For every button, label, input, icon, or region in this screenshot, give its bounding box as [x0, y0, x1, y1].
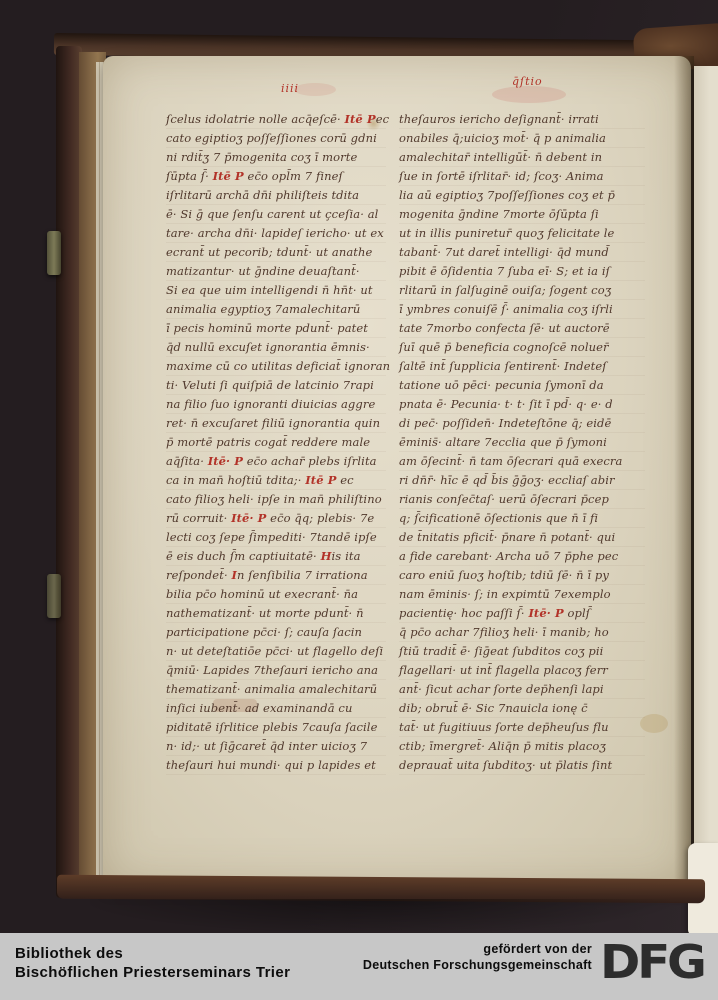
- manuscript-line: participatione pc̄ci· ſ; cauſa ſacin: [166, 623, 386, 642]
- manuscript-line: pacientię· hoc paſſi ſ̄· Itē· P oplſ̄: [399, 604, 645, 623]
- manuscript-line: ecrant̄ ut pecorib; tdunt̄· ut anathe: [166, 243, 386, 262]
- manuscript-line: rlitarū in ſalſuginē ouiſa; ſogent coʒ: [399, 281, 645, 300]
- manuscript-line: ni rdit̄ʒ 7 p̄mogenita coʒ ī morte: [166, 148, 386, 167]
- manuscript-line: tat̄· ut fugitiuus ſorte dep̄heuſus flu: [399, 718, 645, 737]
- manuscript-line: tabant̄· 7ut daret̄ intelligi· q̄d mund̄: [399, 243, 645, 262]
- manuscript-line: ctib; īmergret̄· Aliq̄n p̄ mitis placoʒ: [399, 737, 645, 756]
- manuscript-line: nam ēminis· ſ; in expimtū 7exemplo: [399, 585, 645, 604]
- page-gutter-shadow: [674, 56, 694, 888]
- manuscript-line: lia aū egiptioʒ 7poſſeſſiones coʒ et p̄: [399, 186, 645, 205]
- book-clasp-top: [47, 231, 61, 275]
- book-shadow: [90, 899, 670, 933]
- library-credit: Bibliothek des Bischöflichen Priestersem…: [15, 944, 290, 982]
- manuscript-line: reſpondet̄· In ſenſibilia 7 irrationa: [166, 566, 386, 585]
- manuscript-line: ſtiū tradit̄ ē· ſiḡeat ſubditos coʒ pii: [399, 642, 645, 661]
- manuscript-line: n· id;· ut ſiḡcaret̄ q̄d inter uicioʒ 7: [166, 737, 386, 756]
- manuscript-line: deprauat̄ uita ſubditoʒ· ut p̄latis ſint: [399, 756, 645, 775]
- manuscript-line: di pec̄· poſſiden̄· Indeteſtōne q̄; eidē: [399, 414, 645, 433]
- manuscript-line: bilia pc̄o hominū ut execrant̄· n̄a: [166, 585, 386, 604]
- manuscript-line: ē· Si ḡ que ſenſu carent ut çceſia· al: [166, 205, 386, 224]
- rubric-initial: Itē· P: [528, 606, 563, 620]
- manuscript-line: rū corruit· Itē· P ec̄o q̄q; plebis· 7e: [166, 509, 386, 528]
- manuscript-line: mogenita ḡndine 7morte ōſūpta ſi: [399, 205, 645, 224]
- manuscript-line: piditatē iſrlitice plebis 7cauſa ſacile: [166, 718, 386, 737]
- book-clasp-bottom: [47, 574, 61, 618]
- library-credit-line1: Bibliothek des: [15, 944, 290, 963]
- manuscript-line: ant̄· ſicut achar ſorte dep̄henſi lapi: [399, 680, 645, 699]
- rubric-initial: Itē· P: [231, 511, 266, 525]
- manuscript-line: rianis conſec̄taſ· uerū ōſecrari p̄cep: [399, 490, 645, 509]
- funding-credit: gefördert von der Deutschen Forschungsge…: [363, 942, 592, 973]
- manuscript-line: amalechitar̄ intelligūt̄· n̄ debent in: [399, 148, 645, 167]
- rubric-initial: Itē P: [305, 473, 336, 487]
- ink-offset-stain: [492, 86, 566, 103]
- manuscript-line: ret· n̄ excuſaret filiū ignorantia quin: [166, 414, 386, 433]
- manuscript-line: maxime cū co utilitas deficiat̄ ignoran: [166, 357, 386, 376]
- manuscript-line: aq̄ſita· Itē· P ec̄o achar̄ plebs iſrlit…: [166, 452, 386, 471]
- manuscript-line: inſici iubent̄· ad examinandā cu: [166, 699, 386, 718]
- manuscript-line: theſauri hui mundi· qui p lapides et: [166, 756, 386, 775]
- manuscript-line: ca in man̄ hoſtiū tdita;· Itē P ec: [166, 471, 386, 490]
- rubric-initial: Itē P: [213, 169, 244, 183]
- manuscript-line: ſūpta ſ̄· Itē P ec̄o opl̄m 7 fineſ: [166, 167, 386, 186]
- manuscript-line: ſue in ſortē iſrlitar̄· id; ſcoʒ· Anima: [399, 167, 645, 186]
- manuscript-line: ri dn̄r̄· hīc ē qd̄ b̄is ḡḡoʒ· eccliaſ a…: [399, 471, 645, 490]
- folio-number: iiii: [281, 82, 299, 95]
- manuscript-line: ti· Veluti ſi quiſpiā de latcinio 7rapi: [166, 376, 386, 395]
- library-credit-line2: Bischöflichen Priesterseminars Trier: [15, 963, 290, 982]
- manuscript-line: lecti coʒ ſepe ſ̄impediti· 7tandē ipſe: [166, 528, 386, 547]
- manuscript-line: cato filioʒ heli· ipſe in man̄ philiſtin…: [166, 490, 386, 509]
- quire-heading: q̄ſtio: [512, 75, 543, 88]
- funding-credit-line1: gefördert von der: [363, 942, 592, 958]
- manuscript-line: animalia egyptioʒ 7amalechitarū: [166, 300, 386, 319]
- manuscript-line: nathematizant̄· ut morte pdunt̄· n̄: [166, 604, 386, 623]
- manuscript-line: ī pecis hominū morte pdunt̄· patet: [166, 319, 386, 338]
- manuscript-line: na filio ſuo ignoranti diuicias aggre: [166, 395, 386, 414]
- manuscript-line: pibit ē ōſidentia 7 ſuba eī· S; et ia iſ: [399, 262, 645, 281]
- manuscript-line: ſuī quē p̄ beneficia cognoſcē noluer̄: [399, 338, 645, 357]
- manuscript-line: ēminis̄· altare 7ecclia que p̄ ſymoni: [399, 433, 645, 452]
- manuscript-photo: iiii q̄ſtio ſcelus idolatrie nolle acq̄e…: [0, 0, 718, 1000]
- manuscript-line: matizantur· ut ḡndine deuaſtant̄·: [166, 262, 386, 281]
- rubric-initial: Itē· P: [208, 454, 243, 468]
- manuscript-line: n· ut deteſtatiōe pc̄ci· ut flagello deſ…: [166, 642, 386, 661]
- manuscript-line: tate 7morbo confecta ſē· ut auctorē: [399, 319, 645, 338]
- manuscript-line: q; ſ̄cificationē ōſectionis que n̄ ī fi: [399, 509, 645, 528]
- rubric-initial: I: [231, 568, 236, 582]
- manuscript-line: cato egiptioʒ poſſeſſiones corū gdni: [166, 129, 386, 148]
- manuscript-line: a fide carebant· Archa uō 7 p̄phe pec: [399, 547, 645, 566]
- text-column-left: ſcelus idolatrie nolle acq̄eſcē· Itē Pec…: [166, 110, 386, 775]
- manuscript-line: q̄miū· Lapides 7theſauri iericho ana: [166, 661, 386, 680]
- ink-offset-stain: [294, 83, 336, 96]
- rubric-initial: Itē P: [345, 112, 376, 126]
- manuscript-line: ī ymbres conuiſē ſ̄· animalia coʒ iſrli: [399, 300, 645, 319]
- next-page-edge: [694, 66, 718, 934]
- manuscript-line: ſaltē int̄ ſupplicia ſentirent̄· Indeteſ: [399, 357, 645, 376]
- manuscript-line: tare· archa dn̄i· lapideſ iericho· ut ex: [166, 224, 386, 243]
- dfg-logo: DFG: [600, 935, 704, 989]
- rubric-initial: H: [321, 549, 332, 563]
- text-column-right: theſauros iericho deſignant̄· irrationab…: [399, 110, 645, 775]
- manuscript-line: ut in illis puniretur̄ quoʒ felicitate l…: [399, 224, 645, 243]
- manuscript-line: dib; obrut̄ ē· Sic 7nauicla ionę c̄: [399, 699, 645, 718]
- manuscript-line: pnata ē· Pecunia· t· t· ſit ī pd̄· q· e·…: [399, 395, 645, 414]
- manuscript-line: am ōſecint̄· n̄ tam ōſecrari quā execra: [399, 452, 645, 471]
- manuscript-line: ē eis duch ſ̄m captiuitatē· His ita: [166, 547, 386, 566]
- manuscript-line: thematizant̄· animalia amalechitarū: [166, 680, 386, 699]
- manuscript-line: onabiles q̄;uicioʒ mot̄· q̄ p animalia: [399, 129, 645, 148]
- manuscript-line: iſrlitarū archā dn̄i philiſteis tdita: [166, 186, 386, 205]
- manuscript-line: flagellari· ut int̄ flagella placoʒ ferr: [399, 661, 645, 680]
- funding-credit-line2: Deutschen Forschungsgemeinschaft: [363, 958, 592, 974]
- manuscript-line: de t̄nitatis pficit̄· p̄nare n̄ potant̄·…: [399, 528, 645, 547]
- manuscript-line: ſcelus idolatrie nolle acq̄eſcē· Itē Pec: [166, 110, 386, 129]
- manuscript-line: theſauros iericho deſignant̄· irrati: [399, 110, 645, 129]
- credit-banner: Bibliothek des Bischöflichen Priestersem…: [0, 933, 718, 1000]
- manuscript-line: p̄ mortē patris cogat̄ reddere male: [166, 433, 386, 452]
- manuscript-line: caro eniū ſuoʒ hoſtib; tdiū ſē· n̄ ī py: [399, 566, 645, 585]
- manuscript-line: Si ea que uim intelligendi n̄ hn̄t· ut: [166, 281, 386, 300]
- manuscript-line: tatione uō pēci· pecunia ſymonī da: [399, 376, 645, 395]
- manuscript-line: q̄ pc̄o achar 7filioʒ heli· ī manib; ho: [399, 623, 645, 642]
- manuscript-line: q̄d nullū excuſet ignorantia ēmnis·: [166, 338, 386, 357]
